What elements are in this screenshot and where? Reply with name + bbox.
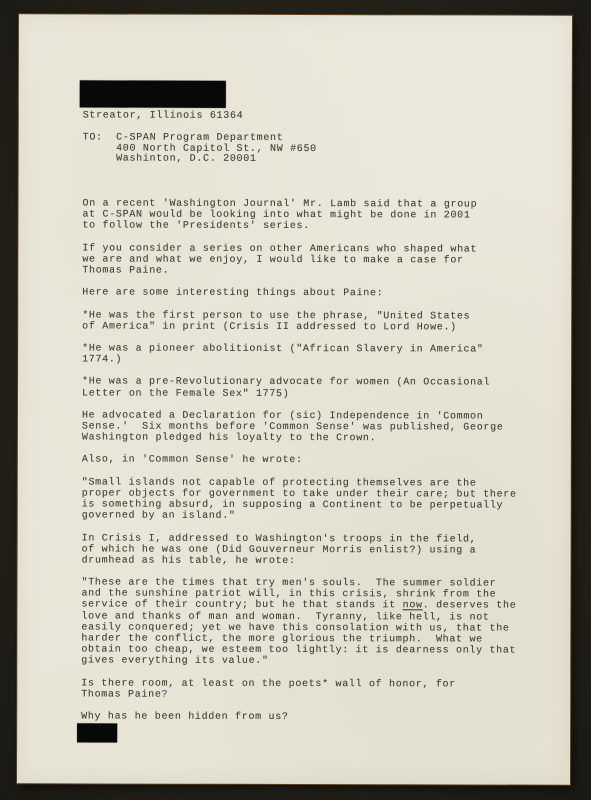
letter-page: Streator, Illinois 61364 TO: C-SPAN Prog…: [17, 14, 572, 784]
letter-paragraph: On a recent 'Washington Journal' Mr. Lam…: [82, 198, 552, 233]
redaction-box-signature: [77, 723, 117, 742]
underlined-word: now: [403, 601, 423, 612]
letter-paragraph: *He was a pre-Revolutionary advocate for…: [82, 377, 552, 401]
letter-paragraph: If you consider a series on other Americ…: [82, 243, 552, 278]
letter-body: On a recent 'Washington Journal' Mr. Lam…: [81, 198, 552, 723]
letter-paragraph: *He was the first person to use the phra…: [82, 310, 552, 334]
letter-paragraph: "These are the times that try men's soul…: [81, 578, 551, 668]
letter-paragraph: Why has he been hidden from us?: [81, 711, 551, 723]
letter-paragraph: Here are some interesting things about P…: [82, 288, 552, 300]
sender-city-line: Streator, Illinois 61364: [83, 110, 244, 122]
letter-paragraph: Is there room, at least on the poets* wa…: [81, 678, 551, 702]
scan-background: Streator, Illinois 61364 TO: C-SPAN Prog…: [0, 0, 591, 800]
letter-paragraph: "Small islands not capable of protecting…: [82, 477, 552, 523]
redaction-box-sender-name: [80, 80, 226, 107]
pen-annotation-question-mark: ?: [162, 689, 169, 700]
letter-paragraph: In Crisis I, addressed to Washington's t…: [82, 533, 552, 568]
letter-paragraph: Also, in 'Common Sense' he wrote:: [82, 455, 552, 467]
letter-paragraph: *He was a pioneer abolitionist ("African…: [82, 343, 552, 367]
recipient-address-block: TO: C-SPAN Program Department 400 North …: [83, 133, 317, 165]
letter-paragraph: He advocated a Declaration for (sic) Ind…: [82, 410, 552, 445]
